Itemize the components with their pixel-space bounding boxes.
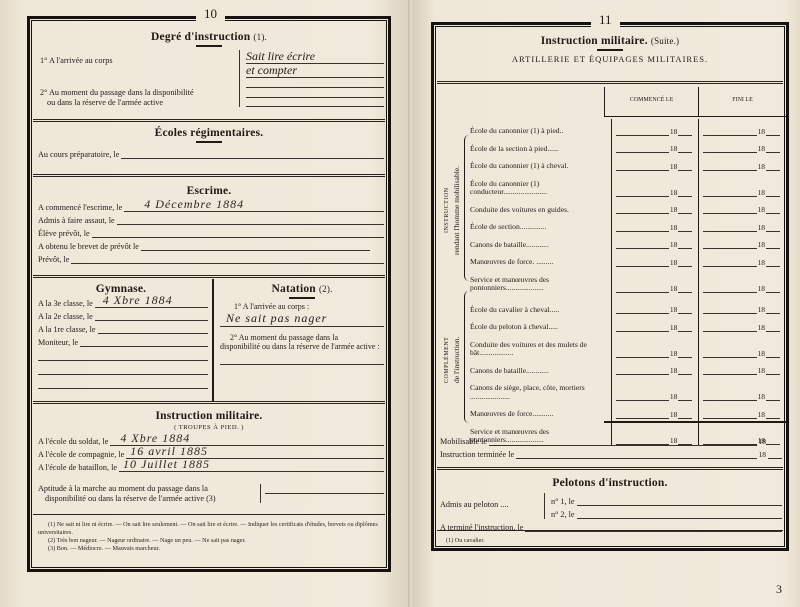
table-header: COMMENCÉ LE FINI LE (604, 87, 786, 117)
exercise-name: Conduite des voitures et des mulets de b… (470, 333, 612, 359)
commence-date-field[interactable]: 18 (612, 215, 699, 233)
exercise-name: École de section.............. (470, 215, 612, 233)
commence-date-field[interactable]: 18 (612, 315, 699, 333)
table-row: Service et manœuvres des pontonniers....… (470, 268, 786, 294)
fini-date-field[interactable]: 18 (699, 137, 786, 155)
exercise-name: École du canonnier (1) conducteur.......… (470, 172, 612, 198)
table-row: École du canonnier (1) à cheval.1818 (470, 154, 786, 172)
degre-instruction-section: Degré d'instruction (1). 1° A l'arrivée … (34, 31, 384, 107)
fini-date-field[interactable]: 18 (699, 198, 786, 216)
fini-date-field[interactable]: 18 (699, 154, 786, 172)
escrime-row: Admis à faire assaut, le (38, 212, 384, 225)
instruction-terminee-field[interactable] (516, 450, 756, 459)
natation-title: Natation (2). (220, 283, 384, 295)
fini-date-field[interactable]: 18 (699, 359, 786, 377)
artillerie-table: École du canonnier (1) à pied..1818École… (470, 119, 786, 446)
escrime-row: Prévôt, le (38, 251, 384, 264)
gymnase-1re-field[interactable] (98, 325, 208, 334)
right-page-frame: Instruction militaire. (Suite.) ARTILLER… (431, 22, 789, 551)
gymnase-2e-field[interactable] (95, 312, 208, 321)
group2-label: COMPLÉMENT de l'instruction. (442, 295, 462, 425)
gymnase-natation-section: Gymnase. A la 3e classe, le4 Xbre 1884 A… (34, 283, 384, 399)
exercise-name: Canons de siège, place, côte, mortiers .… (470, 376, 612, 402)
exercise-name: Manœuvres de force........... (470, 402, 612, 420)
right-footnote: (1) Ou cavalier. (438, 537, 782, 545)
natation-row2-field[interactable] (220, 351, 384, 365)
col-header-commence: COMMENCÉ LE (604, 87, 698, 117)
escrime-eleve-prevot-field[interactable] (92, 229, 384, 238)
escrime-row: Élève prévôt, le (38, 225, 384, 238)
fini-date-field[interactable]: 18 (699, 333, 786, 359)
section-divider (33, 401, 385, 404)
footnote-divider (33, 514, 385, 515)
degre-row1-values: Sait lire écrire et compter (239, 50, 384, 88)
commence-date-field[interactable]: 18 (612, 137, 699, 155)
gymnase-moniteur-field[interactable] (80, 338, 208, 347)
ecoles-title: Écoles régimentaires. (34, 127, 384, 139)
instruction-militaire-section: Instruction militaire. ( TROUPES À PIED.… (34, 410, 384, 503)
commence-date-field[interactable]: 18 (612, 359, 699, 377)
page-number-left: 10 (196, 6, 225, 22)
right-header: Instruction militaire. (Suite.) ARTILLER… (438, 35, 782, 64)
ecoles-regimentaires-section: Écoles régimentaires. Au cours préparato… (34, 127, 384, 159)
mobilisable-field[interactable] (489, 437, 756, 446)
cours-preparatoire-row: Au cours préparatoire, le (34, 146, 384, 159)
exercise-name: Manœuvres de force. ......... (470, 250, 612, 268)
escrime-prevot-field[interactable] (71, 255, 384, 264)
left-page-frame: Degré d'instruction (1). 1° A l'arrivée … (27, 16, 391, 572)
commence-date-field[interactable]: 18 (612, 376, 699, 402)
table-row: Manœuvres de force. .........1818 (470, 250, 786, 268)
group1-label: INSTRUCTION rendant l'homme mobilisable. (442, 135, 462, 285)
commence-date-field[interactable]: 18 (612, 333, 699, 359)
gymnase-3e-field[interactable]: 4 Xbre 1884 (95, 299, 208, 308)
mobilisable-section: Mobilisable le 18 Instruction terminée l… (438, 433, 782, 459)
exercise-name: Canons de bataille............ (470, 233, 612, 251)
escrime-section: Escrime. A commencé l'escrime, le 4 Déce… (34, 185, 384, 264)
admis-peloton-label: Admis au peloton .... (440, 493, 544, 519)
left-page: Degré d'instruction (1). 1° A l'arrivée … (0, 0, 412, 607)
commence-date-field[interactable]: 18 (612, 233, 699, 251)
degre-handwritten-2: et compter (246, 64, 384, 78)
aptitude-field[interactable] (265, 484, 384, 494)
fini-date-field[interactable]: 18 (699, 268, 786, 294)
fini-date-field[interactable]: 18 (699, 215, 786, 233)
gymnase-block: Gymnase. A la 3e classe, le4 Xbre 1884 A… (34, 283, 208, 389)
table-row: École du canonnier (1) à pied..1818 (470, 119, 786, 137)
fini-date-field[interactable]: 18 (699, 376, 786, 402)
escrime-assaut-field[interactable] (117, 216, 384, 225)
aptitude-row: Aptitude à la marche au moment du passag… (34, 484, 384, 503)
table-row: École de la section à pied......1818 (470, 137, 786, 155)
instruction-subtitle: ( TROUPES À PIED. ) (34, 424, 384, 431)
section-divider (33, 275, 385, 278)
footnote-3: (3) Bon. — Médiocre. — Mauvais marcheur. (38, 545, 380, 553)
fini-date-field[interactable]: 18 (699, 298, 786, 316)
degre-row1-label: 1° A l'arrivée au corps (34, 50, 239, 88)
table-row: Canons de bataille............1818 (470, 359, 786, 377)
right-title: Instruction militaire. (Suite.) (438, 35, 782, 47)
degre-title: Degré d'instruction (1). (34, 31, 384, 43)
fini-date-field[interactable]: 18 (699, 315, 786, 333)
ecole-bataillon-field[interactable]: 10 Juillet 1885 (119, 463, 384, 472)
fini-date-field[interactable]: 18 (699, 172, 786, 198)
section-divider (33, 119, 385, 122)
section-divider (437, 81, 783, 84)
natation-row1-label: 1° A l'arrivée au corps : (220, 302, 384, 311)
fini-date-field[interactable]: 18 (699, 402, 786, 420)
col-header-fini: FINI LE (698, 87, 786, 117)
corner-page-number: 3 (776, 582, 782, 597)
pelotons-section: Pelotons d'instruction. Admis au peloton… (438, 477, 782, 532)
natation-block: Natation (2). 1° A l'arrivée au corps : … (220, 283, 384, 365)
commence-date-field[interactable]: 18 (612, 154, 699, 172)
footnotes: (1) Ne sait ni lire ni écrire. — On sait… (34, 521, 384, 553)
escrime-title: Escrime. (34, 185, 384, 197)
exercise-name: Service et manœuvres des pontonniers....… (470, 268, 612, 294)
fini-date-field[interactable]: 18 (699, 250, 786, 268)
right-subtitle: ARTILLERIE ET ÉQUIPAGES MILITAIRES. (438, 54, 782, 64)
commence-date-field[interactable]: 18 (612, 119, 699, 137)
table-row: École du cavalier à cheval.....1818 (470, 298, 786, 316)
group2-brace (464, 291, 469, 423)
escrime-row: A commencé l'escrime, le 4 Décembre 1884 (38, 199, 384, 212)
peloton-n1-field[interactable] (577, 497, 782, 506)
pelotons-title: Pelotons d'instruction. (438, 477, 782, 489)
escrime-brevet-field[interactable] (141, 242, 370, 251)
table-row: École du peloton à cheval.....1818 (470, 315, 786, 333)
section-divider (437, 467, 783, 470)
exercise-name: Conduite des voitures en guides. (470, 198, 612, 216)
exercise-name: École du canonnier (1) à pied.. (470, 119, 612, 137)
section-divider (33, 174, 385, 177)
footnote-2: (2) Très bon nageur. — Nageur ordinaire.… (38, 537, 380, 545)
fini-date-field[interactable]: 18 (699, 119, 786, 137)
document-spread: Degré d'instruction (1). 1° A l'arrivée … (0, 0, 800, 607)
peloton-n2-field[interactable] (577, 510, 782, 519)
page-number-right: 11 (591, 12, 620, 28)
group1-brace (464, 135, 469, 281)
commence-date-field[interactable]: 18 (612, 198, 699, 216)
natation-row1-field[interactable]: Ne sait pas nager (220, 311, 384, 327)
table-row: Conduite des voitures et des mulets de b… (470, 333, 786, 359)
exercise-name: École du canonnier (1) à cheval. (470, 154, 612, 172)
commence-date-field[interactable]: 18 (612, 298, 699, 316)
exercise-name: École du peloton à cheval..... (470, 315, 612, 333)
degre-row2-label: 2° Au moment du passage dans la disponib… (34, 88, 239, 107)
exercise-name: École du cavalier à cheval..... (470, 298, 612, 316)
degre-row2-lines (239, 88, 384, 107)
cours-preparatoire-field[interactable] (121, 150, 384, 159)
footnote-1: (1) Ne sait ni lire ni écrire. — On sait… (38, 521, 380, 537)
natation-row2-label: 2° Au moment du passage dans la disponib… (220, 333, 384, 351)
commence-date-field[interactable]: 18 (612, 172, 699, 198)
commence-date-field[interactable]: 18 (612, 402, 699, 420)
table-row: Manœuvres de force...........1818 (470, 402, 786, 420)
fini-date-field[interactable]: 18 (699, 233, 786, 251)
instruction-title: Instruction militaire. (34, 410, 384, 422)
title-rule (196, 45, 222, 47)
table-row: Conduite des voitures en guides.1818 (470, 198, 786, 216)
table-row: École du canonnier (1) conducteur.......… (470, 172, 786, 198)
commence-date-field[interactable]: 18 (612, 250, 699, 268)
exercise-name: Canons de bataille............ (470, 359, 612, 377)
escrime-commence-field[interactable]: 4 Décembre 1884 (124, 203, 384, 212)
escrime-row: A obtenu le brevet de prévôt le (38, 238, 384, 251)
exercise-name: École de la section à pied...... (470, 137, 612, 155)
table-row: Canons de siège, place, côte, mortiers .… (470, 376, 786, 402)
right-page: Instruction militaire. (Suite.) ARTILLER… (412, 0, 800, 607)
commence-date-field[interactable]: 18 (612, 268, 699, 294)
table-row: Canons de bataille............1818 (470, 233, 786, 251)
column-divider (212, 279, 214, 401)
degre-handwritten-1: Sait lire écrire (246, 50, 384, 64)
table-row: École de section..............1818 (470, 215, 786, 233)
